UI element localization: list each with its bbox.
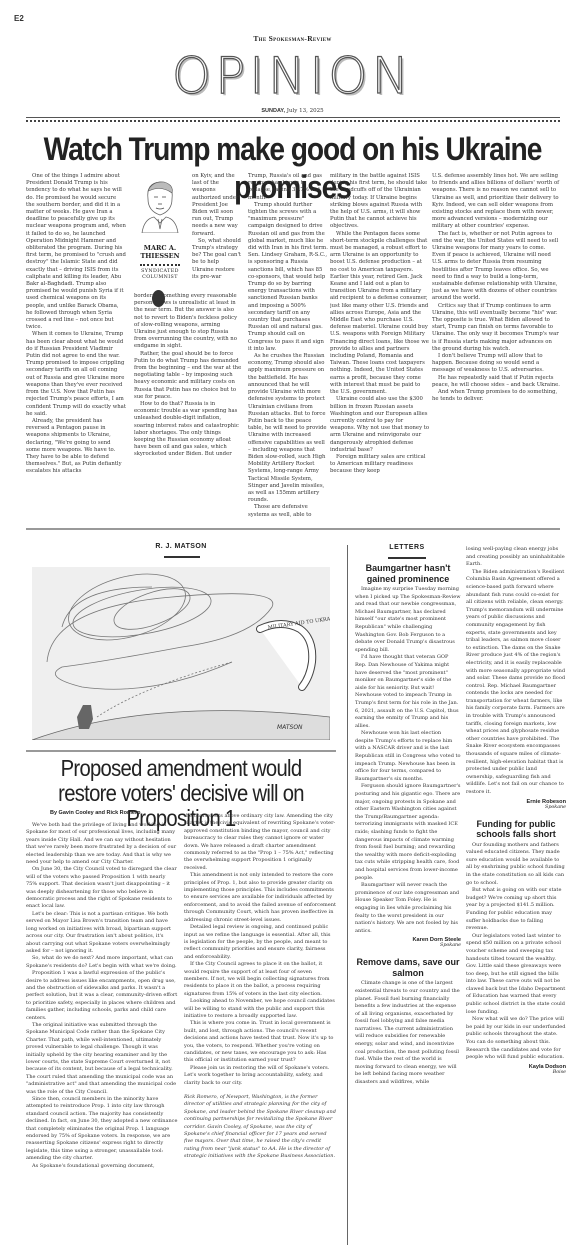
letter-body: Imagine my surprise Tuesday morning when… <box>355 586 461 935</box>
paragraph: Please join us in restoring the will of … <box>184 1065 336 1087</box>
author-divider <box>140 264 180 266</box>
paragraph: Foreign military sales are critical to A… <box>330 454 430 476</box>
oped-divider <box>26 750 336 752</box>
paragraph: We've both had the privilege of living a… <box>26 822 178 866</box>
columnist-name: MARC A. THIESSEN <box>132 244 188 260</box>
cartoon-title-underline <box>164 556 200 558</box>
paragraph: When it comes to Ukraine, Trump has been… <box>26 331 126 417</box>
editorial-cartoon: MILITARY AID TO UKRAINE MATSON <box>32 567 330 740</box>
paragraph: Let's be clear: This is not a partisan c… <box>26 911 178 955</box>
paragraph: borders – something every reasonable per… <box>134 293 242 351</box>
paragraph: As he crushes the Russian economy, Trump… <box>248 353 328 504</box>
paragraph: I don't believe Trump will allow that to… <box>432 353 560 375</box>
columnist-role: SYNDICATED COLUMNIST <box>132 269 188 281</box>
paragraph: military in the battle against ISIS duri… <box>330 173 430 231</box>
paragraph: And when Trump promises to do something,… <box>432 389 560 403</box>
oped-column-2: the charter sits above ordinary city law… <box>184 813 336 1213</box>
paragraph: Baumgartner will never reach the promine… <box>355 882 461 935</box>
paragraph: One of the things I admire about Preside… <box>26 173 126 331</box>
paragraph: Imagine my surprise Tuesday morning when… <box>355 586 461 654</box>
paragraph: Now what will we do? The price will be p… <box>466 1016 566 1062</box>
author-bio: Rick Romero, of Newport, Washington, is … <box>184 1094 336 1161</box>
dateline: SUNDAY, July 13, 2025 <box>0 108 585 114</box>
letter-headline: Funding for public schools falls short <box>466 819 566 840</box>
columnist-portrait <box>134 177 186 233</box>
paragraph: On June 30, the City Council voted to di… <box>26 866 178 910</box>
paragraph: Our founding mothers and fathers valued … <box>466 842 566 888</box>
paragraph: Already, the president has reversed a Pe… <box>26 418 126 476</box>
paragraph: on Kyiv, and the last of the weapons aut… <box>192 173 242 238</box>
paragraph: Our legislators voted last winter to spe… <box>466 933 566 1017</box>
lead-column-2: on Kyiv, and the last of the weapons aut… <box>192 173 242 293</box>
letter-headline: Baumgartner hasn't gained prominence <box>355 563 461 584</box>
lead-column-3: Trump, Russia's oil and gas revenue has … <box>248 173 328 518</box>
section-masthead: OPINION <box>0 46 585 106</box>
paragraph: The original initiative was submitted th… <box>26 1022 178 1096</box>
paragraph: Critics say that if Trump continues to a… <box>432 303 560 353</box>
lead-column-1: One of the things I admire about Preside… <box>26 173 126 518</box>
oped-column-1: We've both had the privilege of living a… <box>26 822 178 1217</box>
lead-column-4: military in the battle against ISIS duri… <box>330 173 430 518</box>
letter-body: Our founding mothers and fathers valued … <box>466 842 566 1062</box>
paragraph: the charter sits above ordinary city law… <box>184 813 336 872</box>
paragraph: Climate change is one of the largest exi… <box>355 980 461 1086</box>
paragraph: Looking ahead to November, we hope counc… <box>184 998 336 1020</box>
letter-city: Spokane <box>355 943 461 948</box>
section-divider <box>26 528 560 530</box>
paragraph: I'd have thought that veteran GOP Rep. D… <box>355 654 461 730</box>
letter-headline: Remove dams, save our salmon <box>355 957 461 978</box>
paragraph: But what is going on with our state budg… <box>466 887 566 933</box>
paragraph: While the Pentagon faces some short-term… <box>330 231 430 397</box>
lead-column-2-continued: borders – something every reasonable per… <box>134 293 242 518</box>
paragraph: Detailed legal review is ongoing, and co… <box>184 924 336 961</box>
lead-column-5: U.S. defense assembly lines hot. We are … <box>432 173 560 518</box>
paragraph: Newhouse won his last election despite T… <box>355 730 461 783</box>
cartoon-signature: MATSON <box>277 724 303 731</box>
letters-title-underline <box>388 557 426 559</box>
paragraph: The fact is, whether or not Putin agrees… <box>432 231 560 303</box>
paragraph: If the City Council agrees to place it o… <box>184 961 336 998</box>
paragraph: The Biden administration's Resilient Col… <box>466 569 566 797</box>
paragraph: So, what do we do next? And more importa… <box>26 955 178 970</box>
paragraph: Those are defensive systems as well, abl… <box>248 504 328 518</box>
letters-divider <box>347 545 348 1245</box>
date-day: SUNDAY, <box>261 108 285 114</box>
paragraph: This is where you come in. Trust in loca… <box>184 1020 336 1064</box>
masthead-divider <box>26 117 560 122</box>
date-text: July 13, 2025 <box>287 108 324 114</box>
letters-column-b: losing well-paying clean energy jobs and… <box>466 546 566 1246</box>
paragraph: Trump should further tighten the screws … <box>248 202 328 353</box>
paragraph: U.S. defense assembly lines hot. We are … <box>432 173 560 231</box>
letter-city: Spokane <box>466 805 566 810</box>
paragraph: Ferguson should ignore Baumgartner's pos… <box>355 783 461 882</box>
paragraph: Since then, council members in the minor… <box>26 1096 178 1163</box>
letters-section-title: LETTERS <box>352 544 462 551</box>
paragraph: Proposition 1 was a lawful expression of… <box>26 970 178 1022</box>
paragraph: Ukraine could also use the $300 billion … <box>330 396 430 454</box>
letter-body: Climate change is one of the largest exi… <box>355 980 461 1086</box>
paragraph: losing well-paying clean energy jobs and… <box>466 546 566 569</box>
paragraph: So, what should Trump's strategy be? The… <box>192 238 242 281</box>
cartoon-artist: R. J. MATSON <box>26 543 336 550</box>
newspaper-name: The Spokesman-Review <box>0 34 585 43</box>
paragraph: He has repeatedly said that if Putin rej… <box>432 375 560 389</box>
paragraph: Rather, the goal should be to force Puti… <box>134 351 242 401</box>
paragraph: As Spokane's foundational governing docu… <box>26 1163 178 1170</box>
letter-city: Boise <box>466 1070 566 1075</box>
letters-column-a: Baumgartner hasn't gained prominence Ima… <box>355 563 461 1253</box>
paragraph: This amendment is not only intended to r… <box>184 872 336 924</box>
oped-byline: By Gavin Cooley and Rick Romero <box>50 810 140 816</box>
letter-body: losing well-paying clean energy jobs and… <box>466 546 566 797</box>
paragraph: Trump, Russia's oil and gas revenue has … <box>248 173 328 202</box>
paragraph: How to do that? Russia is in economic tr… <box>134 401 242 459</box>
page-number: E2 <box>14 14 24 23</box>
